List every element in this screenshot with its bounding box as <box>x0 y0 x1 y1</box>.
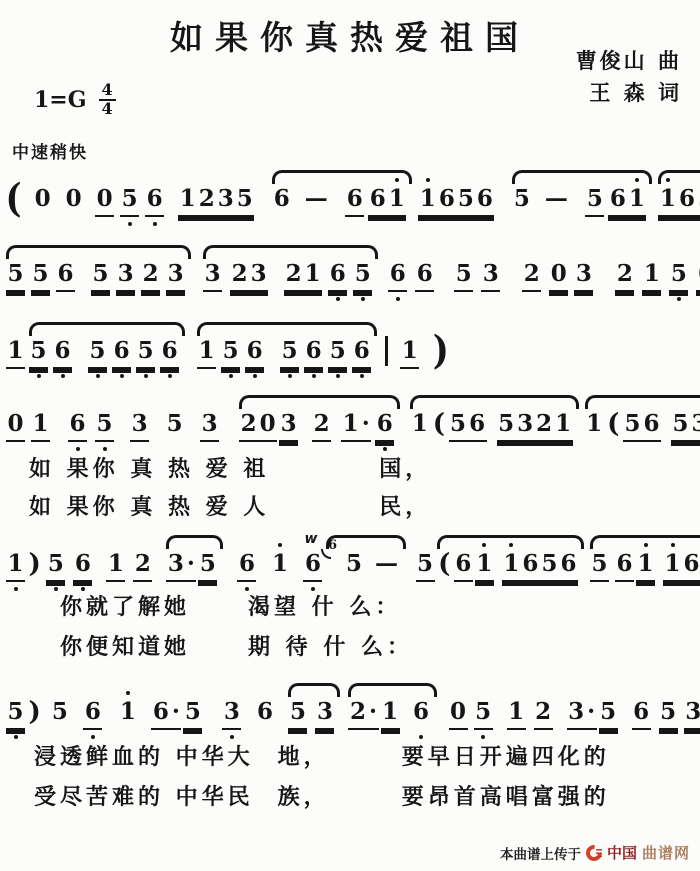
key-label: 1=G <box>34 87 87 113</box>
note: 3 <box>116 259 135 292</box>
note: 1 <box>507 697 526 730</box>
note: 6 <box>415 259 434 292</box>
music-line: (0005612356—66116565—5611656 <box>4 168 696 227</box>
note: 23 <box>230 259 268 292</box>
note: 6 <box>696 259 700 292</box>
slur-arc <box>437 535 584 549</box>
note: 2 <box>312 409 331 442</box>
note: 1 <box>270 549 289 579</box>
note: 5 <box>221 336 240 369</box>
lyric-line: 你就了解她渴望 什 么： <box>4 594 696 622</box>
score-header: 如果你真热爱祖国 曹俊山 曲 王 森 词 1=G 4 4 中速稍快 <box>4 0 696 158</box>
note: 5 <box>183 697 202 730</box>
note: 1 <box>400 336 419 369</box>
note: 6 <box>375 409 394 442</box>
lyric-segment: 要昂首高唱富强的 <box>402 784 610 812</box>
note: 2· <box>348 697 378 730</box>
slur-arc <box>590 535 700 549</box>
mordent-icon: w <box>304 532 316 546</box>
paren: ( <box>606 409 621 439</box>
tempo-marking: 中速稍快 <box>12 138 88 163</box>
music-line: 156565615656561) <box>4 320 696 379</box>
site-name-cn: 中国 <box>607 842 637 863</box>
note: 61 <box>608 184 646 217</box>
music-line: 016535320321·61(5653211(565321 <box>4 393 696 452</box>
note: 5 <box>6 697 25 730</box>
note: 2 <box>522 259 541 292</box>
note: 6 <box>615 549 634 582</box>
lyric-line: 如 果你 真 热 爱 人民， <box>4 494 696 522</box>
note: 5 <box>659 697 678 730</box>
score-body: (0005612356—66116565—5611656556532332321… <box>4 168 696 811</box>
lyric-segment: 民， <box>379 494 431 522</box>
note: 1 <box>475 549 494 582</box>
note: 6 <box>345 184 364 217</box>
key-signature: 1=G 4 4 <box>34 82 116 118</box>
credits: 曹俊山 曲 王 森 词 <box>576 46 682 109</box>
note: 5 <box>454 259 473 292</box>
note: 5 <box>6 259 25 292</box>
note: 0 <box>6 409 25 442</box>
site-name-rest: 曲谱网 <box>642 842 690 863</box>
watermark: 本曲谱上传于 中国 曲谱网 <box>500 842 690 863</box>
time-signature: 4 4 <box>99 82 116 118</box>
note: 3 <box>574 259 593 292</box>
note: 21 <box>284 259 322 292</box>
note: 5 <box>280 336 299 369</box>
note: 6 <box>83 697 102 730</box>
note: 6 <box>68 409 87 442</box>
note: 1 <box>381 697 400 730</box>
note: 6 <box>53 336 72 369</box>
note: 1656 <box>418 184 494 217</box>
slur-hook <box>2 537 6 549</box>
note: 2 <box>133 549 152 582</box>
lyric-segment: 你便知道她 <box>60 634 190 662</box>
watermark-prefix: 本曲谱上传于 <box>500 843 581 863</box>
note: 6 <box>272 184 291 214</box>
slur-arc <box>272 170 412 184</box>
note: 5 <box>136 336 155 369</box>
lyric-segment: 如 果你 真 热 爱 祖 <box>29 456 269 484</box>
note: 5 <box>328 336 347 369</box>
slur-arc <box>288 683 340 697</box>
slur-arc <box>585 395 700 409</box>
note: 5 <box>590 549 609 582</box>
note: 6 <box>328 259 347 292</box>
note: 3 <box>130 409 149 442</box>
note: 1656 <box>502 549 578 582</box>
slur-arc <box>410 395 579 409</box>
lyric-segment: 地， <box>278 744 330 772</box>
note: 5 <box>31 259 50 292</box>
music-line: 5)5616·536532·1605123·5653 <box>4 681 696 740</box>
note: 5 <box>198 549 217 582</box>
note: 3 <box>203 259 222 292</box>
slur-arc <box>658 170 700 184</box>
note: 1656 <box>663 549 700 582</box>
note: 1 <box>636 549 655 582</box>
note: 6 <box>352 336 371 369</box>
note: 2 <box>534 697 553 730</box>
note: 3 <box>684 697 700 730</box>
note: 0 <box>549 259 568 292</box>
slur-arc <box>29 322 185 336</box>
site-logo-icon <box>586 845 602 861</box>
note: 3 <box>166 259 185 292</box>
note: 6 <box>160 336 179 369</box>
lyric-line: 浸透鲜血的 中华大地，要早日开遍四化的 <box>4 744 696 772</box>
slur-arc <box>203 245 378 259</box>
note: 5 <box>353 259 372 292</box>
note: 20 <box>239 409 277 442</box>
slur-hook <box>2 685 6 697</box>
lyric-segment: 如 果你 真 热 爱 人 <box>29 494 269 522</box>
lyric-segment: 国， <box>379 456 431 484</box>
slur-arc <box>239 395 400 409</box>
note: 5 <box>46 549 65 582</box>
composer-credit: 曹俊山 曲 <box>576 46 682 78</box>
note: 1 <box>118 697 137 727</box>
lyric-segment: 浸透鲜血的 中华大 <box>34 744 254 772</box>
paren: ( <box>4 182 23 217</box>
note: 5321 <box>671 409 700 442</box>
note: 5 <box>669 259 688 292</box>
note: 56 <box>623 409 661 442</box>
music-line: 5565323323216566532032156 <box>4 243 696 302</box>
meter-numerator: 4 <box>99 82 116 101</box>
note: 1· <box>341 409 371 442</box>
note: 1 <box>6 549 25 582</box>
note: 0 <box>33 184 52 214</box>
note: 6 <box>454 549 473 582</box>
note: 6 <box>412 697 431 727</box>
lyric-segment: 要早日开遍四化的 <box>402 744 610 772</box>
note: 3 <box>481 259 500 292</box>
note: 2 <box>141 259 160 292</box>
note: 6 <box>245 336 264 369</box>
slur-arc <box>6 245 191 259</box>
note: 3· <box>166 549 196 582</box>
dash-note: — <box>543 184 569 214</box>
note: 5 <box>512 184 531 214</box>
note: 2 <box>615 259 634 292</box>
note: 0 <box>449 697 468 730</box>
note: 61 <box>368 184 406 217</box>
note: 5 <box>165 409 184 439</box>
note: 6 <box>56 259 75 292</box>
note: 1 <box>6 336 25 369</box>
slur-arc <box>197 322 377 336</box>
dash-note: — <box>374 549 400 579</box>
note: 3 <box>222 697 241 730</box>
lyric-line: 如 果你 真 热 爱 祖国， <box>4 456 696 484</box>
slur-arc <box>326 535 406 549</box>
note: 5 <box>50 697 69 727</box>
note: 1235 <box>178 184 254 217</box>
lyric-line: 你便知道她期 待 什 么： <box>4 634 696 662</box>
note: 1 <box>410 409 429 439</box>
note: 0 <box>64 184 83 214</box>
paren: ) <box>27 549 42 579</box>
note: 6 <box>304 336 323 369</box>
note: 5 <box>95 409 114 442</box>
slur-arc <box>166 535 223 549</box>
note: 3 <box>279 409 298 442</box>
note: 5 <box>88 336 107 369</box>
note: 5 <box>29 336 48 369</box>
note: 1 <box>197 336 216 369</box>
paren: ) <box>431 334 450 369</box>
note: 5321 <box>497 409 573 442</box>
note: 3· <box>567 697 597 730</box>
note: 5 <box>91 259 110 292</box>
lyricist-credit: 王 森 词 <box>576 78 682 110</box>
note: 6 <box>388 259 407 292</box>
dash-note: — <box>303 184 329 214</box>
note: 5 <box>599 697 618 730</box>
note: 5 <box>474 697 493 730</box>
note: 5 <box>288 697 307 730</box>
note: 6w <box>303 549 322 582</box>
note: 1 <box>31 409 50 442</box>
lyric-segment: 渴望 什 么： <box>248 594 401 622</box>
paren: ( <box>431 409 446 439</box>
note: 6 <box>73 549 92 582</box>
note: 1 <box>585 409 604 439</box>
note: 6 <box>237 549 256 582</box>
note: 6 <box>112 336 131 369</box>
barline <box>385 336 388 366</box>
lyric-line: 受尽苦难的 中华民族，要昂首高唱富强的 <box>4 784 696 812</box>
note: 5 <box>585 184 604 217</box>
note: 56 <box>449 409 487 442</box>
note: 6 <box>145 184 164 217</box>
note: 3 <box>200 409 219 442</box>
slur-arc <box>348 683 437 697</box>
score-sheet: 如果你真热爱祖国 曹俊山 曲 王 森 词 1=G 4 4 中速稍快 (00056… <box>0 0 700 871</box>
paren: ( <box>437 549 452 579</box>
note: 6· <box>151 697 181 730</box>
note: 3 <box>315 697 334 730</box>
note: 5 <box>345 549 364 579</box>
note: 6 <box>632 697 651 730</box>
note: 6 <box>255 697 274 727</box>
note: 5 <box>416 549 435 582</box>
note: 1 <box>642 259 661 292</box>
meter-denominator: 4 <box>102 101 113 118</box>
slur-arc <box>512 170 652 184</box>
note: 0 <box>95 184 114 217</box>
lyric-segment: 期 待 什 么： <box>248 634 413 662</box>
note: 5 <box>120 184 139 217</box>
note: 1 <box>106 549 125 582</box>
music-line: 1)56123·5616w65—5(6116565611656 <box>4 533 696 592</box>
paren: ) <box>27 697 42 727</box>
lyric-segment: 受尽苦难的 中华民 <box>34 784 254 812</box>
lyric-segment: 你就了解她 <box>60 594 190 622</box>
note: 1656 <box>658 184 700 217</box>
lyric-segment: 族， <box>278 784 330 812</box>
